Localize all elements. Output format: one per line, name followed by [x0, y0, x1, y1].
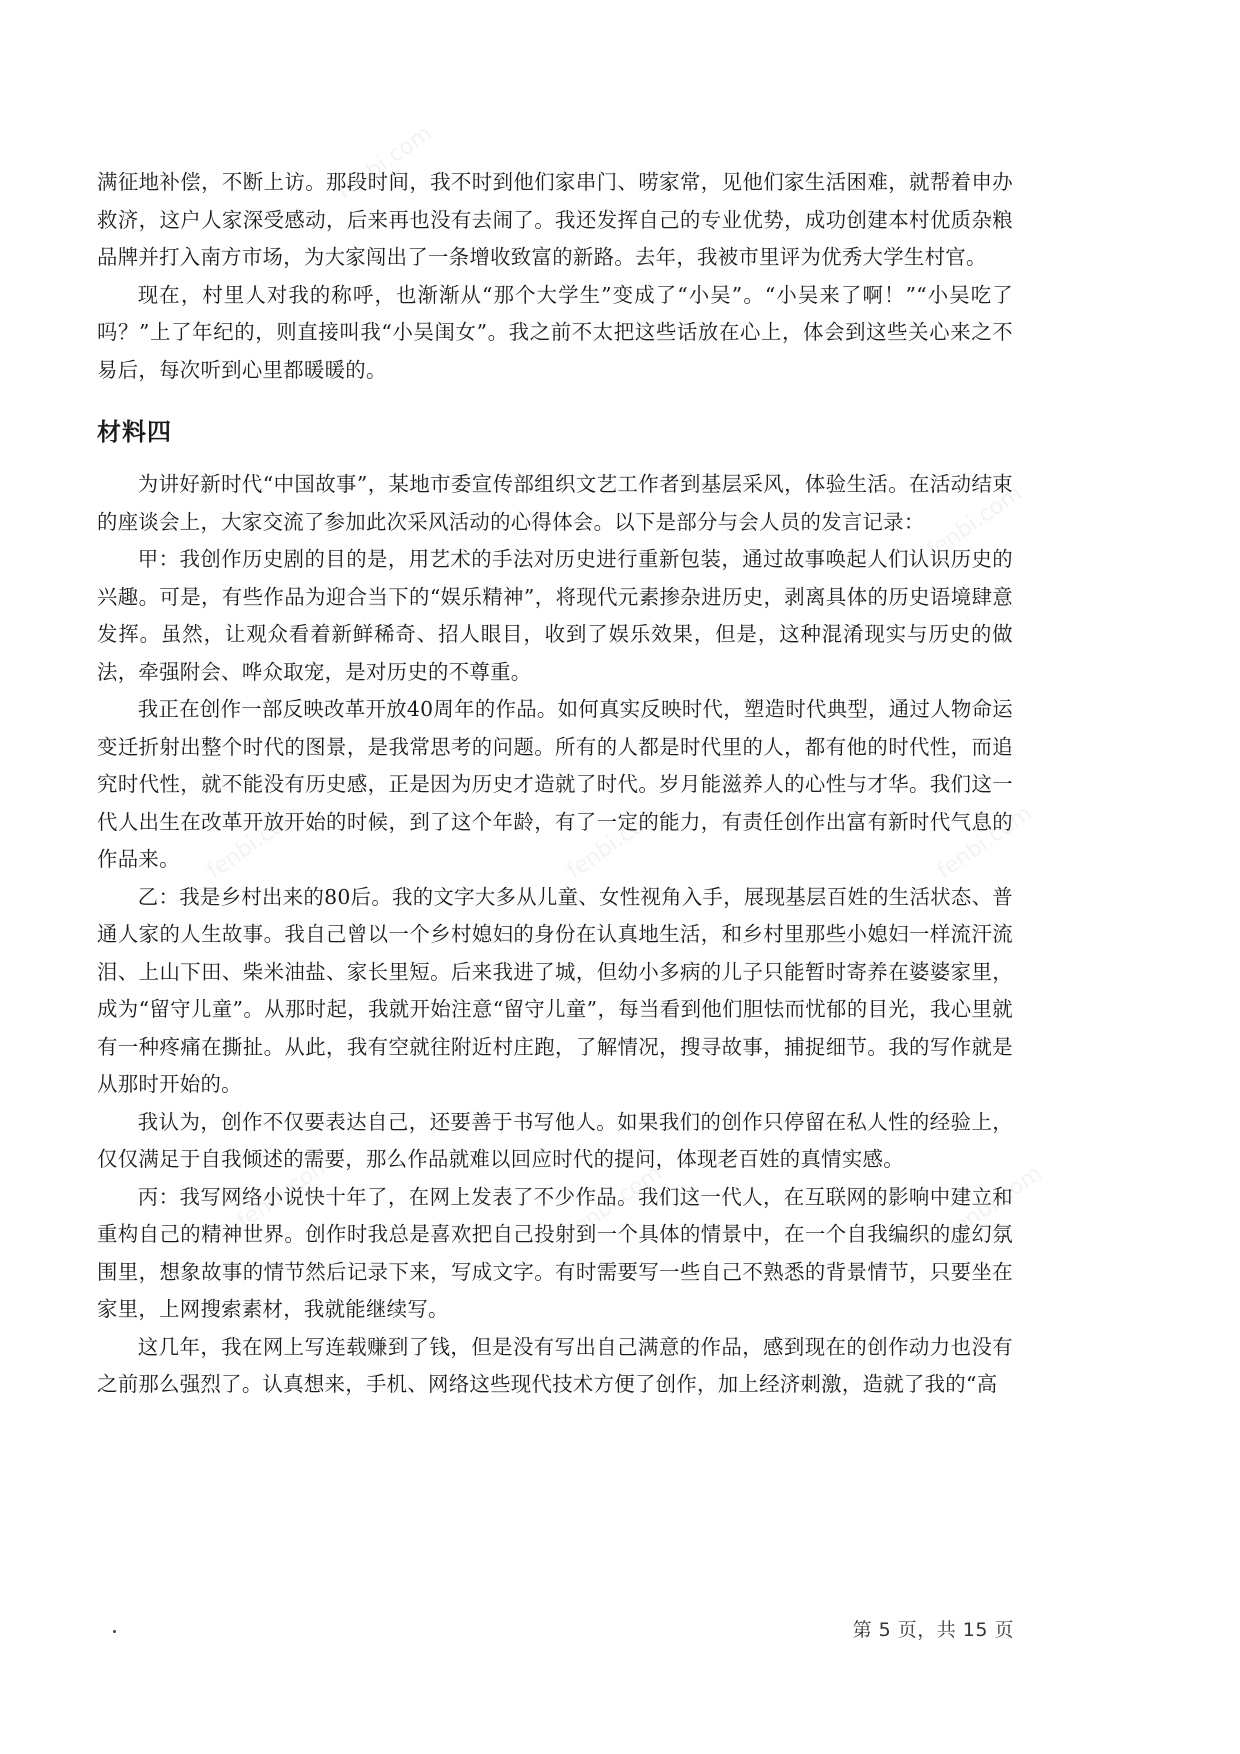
paragraph: 我正在创作一部反映改革开放40周年的作品。如何真实反映时代，塑造时代典型，通过人…: [97, 691, 1013, 879]
paragraph: 这几年，我在网上写连载赚到了钱，但是没有写出自己满意的作品，感到现在的创作动力也…: [97, 1329, 1013, 1404]
paragraph: 现在，村里人对我的称呼，也渐渐从“那个大学生”变成了“小吴”。“小吴来了啊！”“…: [97, 277, 1013, 390]
paragraph: 满征地补偿，不断上访。那段时间，我不时到他们家串门、唠家常，见他们家生活困难，就…: [97, 164, 1013, 277]
page-number: 第 5 页，共 15 页: [853, 1615, 1014, 1642]
document-page: fenbi.com fenbi.com fenbi.com fenbi.com …: [0, 0, 1240, 1754]
footer-dot: [113, 1630, 116, 1633]
section-heading: 材料四: [97, 412, 1013, 452]
paragraph: 甲：我创作历史剧的目的是，用艺术的手法对历史进行重新包装，通过故事唤起人们认识历…: [97, 541, 1013, 691]
paragraph: 为讲好新时代“中国故事”，某地市委宣传部组织文艺工作者到基层采风，体验生活。在活…: [97, 466, 1013, 541]
paragraph: 丙：我写网络小说快十年了，在网上发表了不少作品。我们这一代人，在互联网的影响中建…: [97, 1179, 1013, 1329]
paragraph: 乙：我是乡村出来的80后。我的文字大多从儿童、女性视角入手，展现基层百姓的生活状…: [97, 879, 1013, 1104]
document-body: 满征地补偿，不断上访。那段时间，我不时到他们家串门、唠家常，见他们家生活困难，就…: [97, 164, 1013, 1404]
paragraph: 我认为，创作不仅要表达自己，还要善于书写他人。如果我们的创作只停留在私人性的经验…: [97, 1104, 1013, 1179]
